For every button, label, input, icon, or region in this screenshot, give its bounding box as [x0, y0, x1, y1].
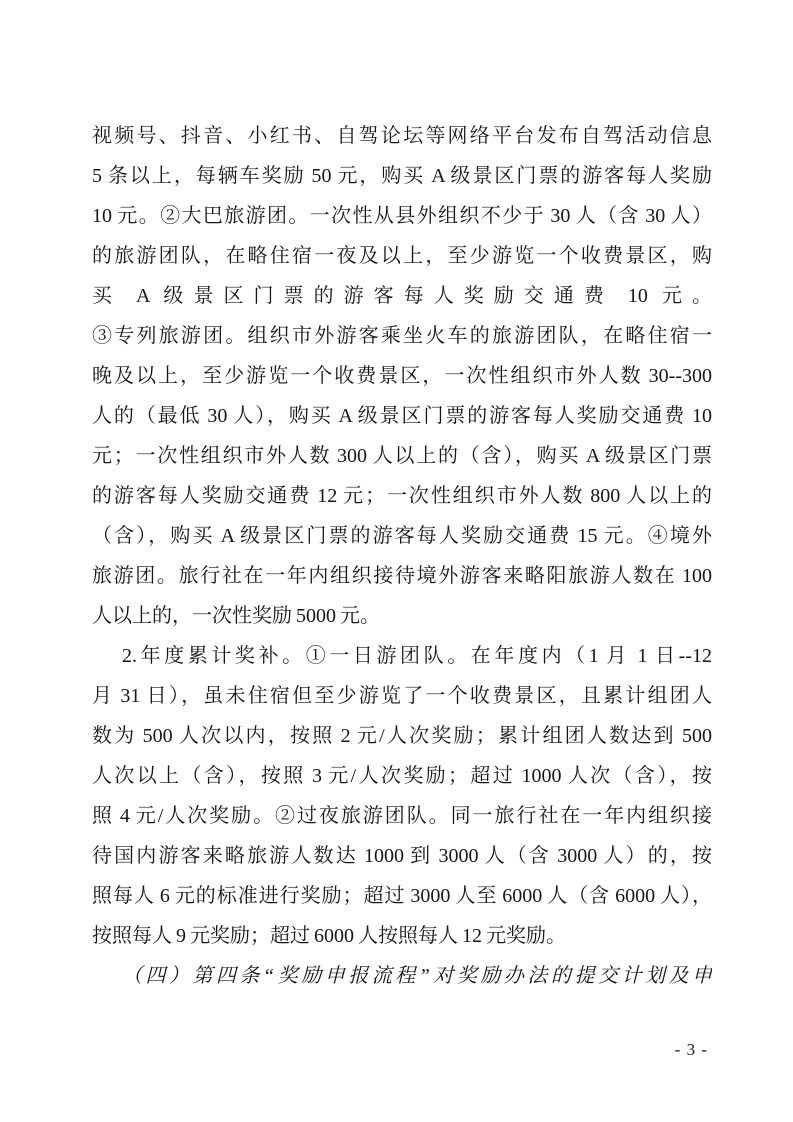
text-line: 人的（最低 30 人），购买 A 级景区门票的游客每人奖励交通费 10 — [92, 396, 712, 436]
page-number: - 3 - — [675, 1040, 708, 1060]
text-line: 视频号、抖音、小红书、自驾论坛等网络平台发布自驾活动信息 — [92, 116, 712, 156]
document-page: 视频号、抖音、小红书、自驾论坛等网络平台发布自驾活动信息 5 条以上，每辆车奖励… — [0, 0, 793, 1122]
text-line: 元；一次性组织市外人数 300 人以上的（含），购买 A 级景区门票 — [92, 436, 712, 476]
text-line: 的旅游团队，在略住宿一夜及以上，至少游览一个收费景区，购 — [92, 236, 712, 276]
text-line: 人次以上（含），按照 3 元/人次奖励；超过 1000 人次（含），按 — [92, 756, 712, 796]
text-line: （四）第四条“奖励申报流程”对奖励办法的提交计划及申 — [92, 956, 712, 996]
text-line: 旅游团。旅行社在一年内组织接待境外游客来略阳旅游人数在 100 — [92, 556, 712, 596]
text-line: 的游客每人奖励交通费 12 元；一次性组织市外人数 800 人以上的 — [92, 476, 712, 516]
body-text: 视频号、抖音、小红书、自驾论坛等网络平台发布自驾活动信息 5 条以上，每辆车奖励… — [92, 116, 712, 996]
text-line: 5 条以上，每辆车奖励 50 元，购买 A 级景区门票的游客每人奖励 — [92, 156, 712, 196]
text-line: 人以上的，一次性奖励 5000 元。 — [92, 596, 712, 636]
text-line: 照 4 元/人次奖励。②过夜旅游团队。同一旅行社在一年内组织接 — [92, 796, 712, 836]
text-line: 数为 500 人次以内，按照 2 元/人次奖励；累计组团人数达到 500 — [92, 716, 712, 756]
text-line: 月 31 日），虽未住宿但至少游览了一个收费景区，且累计组团人 — [92, 676, 712, 716]
text-line: ③专列旅游团。组织市外游客乘坐火车的旅游团队，在略住宿一 — [92, 316, 712, 356]
text-line: 照每人 6 元的标准进行奖励；超过 3000 人至 6000 人（含 6000 … — [92, 876, 712, 916]
text-line: 晚及以上，至少游览一个收费景区，一次性组织市外人数 30--300 — [92, 356, 712, 396]
text-line: 待国内游客来略旅游人数达 1000 到 3000 人（含 3000 人）的，按 — [92, 836, 712, 876]
text-line: 10 元。②大巴旅游团。一次性从县外组织不少于 30 人（含 30 人） — [92, 196, 712, 236]
text-line: （含），购买 A 级景区门票的游客每人奖励交通费 15 元。④境外 — [92, 516, 712, 556]
text-line: 按照每人 9 元奖励；超过 6000 人按照每人 12 元奖励。 — [92, 916, 712, 956]
text-line: 2.年度累计奖补。①一日游团队。在年度内（1 月 1 日--12 — [92, 636, 712, 676]
text-line: 买 A 级景区门票的游客每人奖励交通费 10 元。 — [92, 276, 712, 316]
